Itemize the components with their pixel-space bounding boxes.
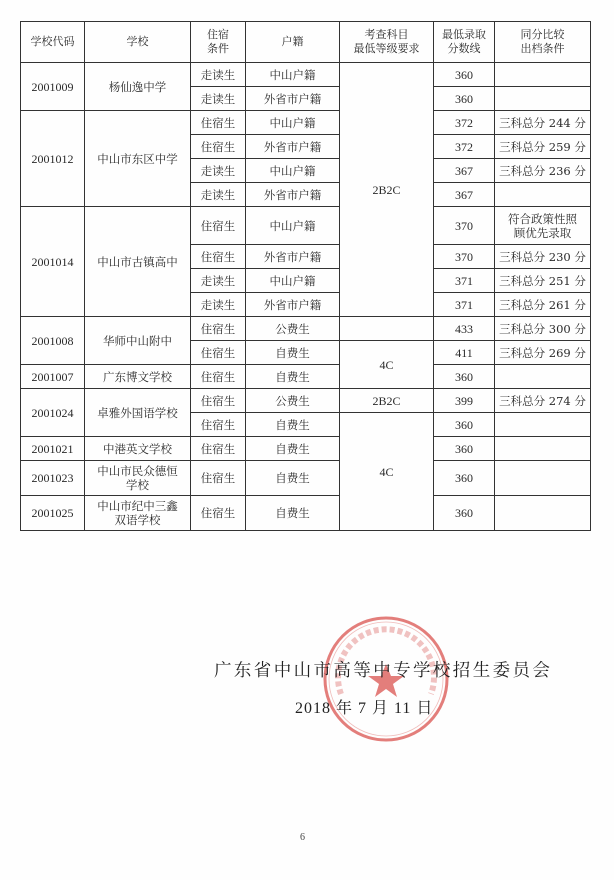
tie-break [495,63,591,87]
table-row: 2001024 卓雅外国语学校 住宿生 公费生 2B2C 399 三科总分 27… [21,389,591,413]
min-score: 399 [434,389,495,413]
min-score: 370 [434,207,495,245]
tie-break [495,461,591,496]
table-row: 2001009 杨仙逸中学 走读生 中山户籍 2B2C 360 [21,63,591,87]
min-score: 360 [434,87,495,111]
tie-break: 三科总分 236 分 [495,159,591,183]
hukou: 自费生 [246,496,340,531]
lodging: 住宿生 [191,461,246,496]
hukou: 中山户籍 [246,159,340,183]
hukou: 自费生 [246,413,340,437]
school-name: 卓雅外国语学校 [85,389,191,437]
hukou: 自费生 [246,341,340,365]
lodging: 走读生 [191,183,246,207]
hukou: 自费生 [246,461,340,496]
tie-break [495,183,591,207]
school-name: 中港英文学校 [85,437,191,461]
school-name: 杨仙逸中学 [85,63,191,111]
school-code: 2001023 [21,461,85,496]
min-score: 370 [434,245,495,269]
hukou: 中山户籍 [246,269,340,293]
hukou: 外省市户籍 [246,135,340,159]
table-row: 2001012 中山市东区中学 住宿生 中山户籍 372 三科总分 244 分 [21,111,591,135]
tie-break: 三科总分 259 分 [495,135,591,159]
school-name: 中山市民众德恒学校 [85,461,191,496]
document-page: 学校代码 学校 住宿条件 户籍 考查科目最低等级要求 最低录取分数线 同分比较出… [0,0,614,880]
hukou: 自费生 [246,365,340,389]
school-code: 2001024 [21,389,85,437]
issue-date: 2018 年 7 月 11 日 [295,695,433,718]
lodging: 住宿生 [191,341,246,365]
school-name: 中山市古镇高中 [85,207,191,317]
grade-requirement: 2B2C [340,63,434,317]
header-hukou: 户籍 [246,22,340,63]
tie-break: 符合政策性照顾优先录取 [495,207,591,245]
min-score: 372 [434,135,495,159]
min-score: 371 [434,269,495,293]
tie-break: 三科总分 230 分 [495,245,591,269]
min-score: 360 [434,437,495,461]
lodging: 住宿生 [191,365,246,389]
lodging: 走读生 [191,293,246,317]
tie-break [495,413,591,437]
lodging: 住宿生 [191,135,246,159]
hukou: 公费生 [246,389,340,413]
lodging: 住宿生 [191,207,246,245]
min-score: 372 [434,111,495,135]
min-score: 411 [434,341,495,365]
hukou: 中山户籍 [246,63,340,87]
lodging: 走读生 [191,159,246,183]
hukou: 中山户籍 [246,207,340,245]
header-lodging: 住宿条件 [191,22,246,63]
lodging: 住宿生 [191,245,246,269]
tie-break: 三科总分 261 分 [495,293,591,317]
grade-requirement: 2B2C [340,389,434,413]
min-score: 360 [434,461,495,496]
table-row: 2001023 中山市民众德恒学校 住宿生 自费生 360 [21,461,591,496]
tie-break: 三科总分 274 分 [495,389,591,413]
grade-requirement: 4C [340,341,434,389]
header-subject-grade: 考查科目最低等级要求 [340,22,434,63]
school-name: 华师中山附中 [85,317,191,365]
tie-break: 三科总分 251 分 [495,269,591,293]
school-code: 2001008 [21,317,85,365]
lodging: 住宿生 [191,437,246,461]
table-row: 2001008 华师中山附中 住宿生 公费生 433 三科总分 300 分 [21,317,591,341]
lodging: 住宿生 [191,111,246,135]
table-row: 2001021 中港英文学校 住宿生 自费生 360 [21,437,591,461]
school-name: 广东博文学校 [85,365,191,389]
lodging: 住宿生 [191,389,246,413]
hukou: 自费生 [246,437,340,461]
min-score: 360 [434,63,495,87]
tie-break: 三科总分 300 分 [495,317,591,341]
table-row: 2001025 中山市纪中三鑫双语学校 住宿生 自费生 360 [21,496,591,531]
header-tie-break: 同分比较出档条件 [495,22,591,63]
tie-break: 三科总分 269 分 [495,341,591,365]
min-score: 360 [434,365,495,389]
school-code: 2001012 [21,111,85,207]
header-code: 学校代码 [21,22,85,63]
grade-requirement: 4C [340,413,434,531]
school-name: 中山市东区中学 [85,111,191,207]
table-header-row: 学校代码 学校 住宿条件 户籍 考查科目最低等级要求 最低录取分数线 同分比较出… [21,22,591,63]
tie-break [495,437,591,461]
hukou: 外省市户籍 [246,87,340,111]
hukou: 中山户籍 [246,111,340,135]
grade-requirement-empty [340,317,434,341]
header-min-score: 最低录取分数线 [434,22,495,63]
school-code: 2001007 [21,365,85,389]
table-row: 2001014 中山市古镇高中 住宿生 中山户籍 370 符合政策性照顾优先录取 [21,207,591,245]
admission-score-table: 学校代码 学校 住宿条件 户籍 考查科目最低等级要求 最低录取分数线 同分比较出… [20,21,591,531]
issuing-organization: 广东省中山市高等中专学校招生委员会 [214,657,552,682]
min-score: 367 [434,183,495,207]
hukou: 外省市户籍 [246,245,340,269]
min-score: 360 [434,496,495,531]
tie-break [495,496,591,531]
tie-break [495,87,591,111]
hukou: 公费生 [246,317,340,341]
tie-break [495,365,591,389]
hukou: 外省市户籍 [246,183,340,207]
hukou: 外省市户籍 [246,293,340,317]
table-row: 2001007 广东博文学校 住宿生 自费生 360 [21,365,591,389]
lodging: 住宿生 [191,317,246,341]
page-number: 6 [300,832,305,843]
school-code: 2001009 [21,63,85,111]
min-score: 433 [434,317,495,341]
lodging: 走读生 [191,87,246,111]
school-code: 2001025 [21,496,85,531]
school-name: 中山市纪中三鑫双语学校 [85,496,191,531]
school-code: 2001021 [21,437,85,461]
lodging: 住宿生 [191,496,246,531]
min-score: 367 [434,159,495,183]
min-score: 371 [434,293,495,317]
header-school: 学校 [85,22,191,63]
school-code: 2001014 [21,207,85,317]
tie-break: 三科总分 244 分 [495,111,591,135]
min-score: 360 [434,413,495,437]
lodging: 住宿生 [191,413,246,437]
lodging: 走读生 [191,269,246,293]
lodging: 走读生 [191,63,246,87]
